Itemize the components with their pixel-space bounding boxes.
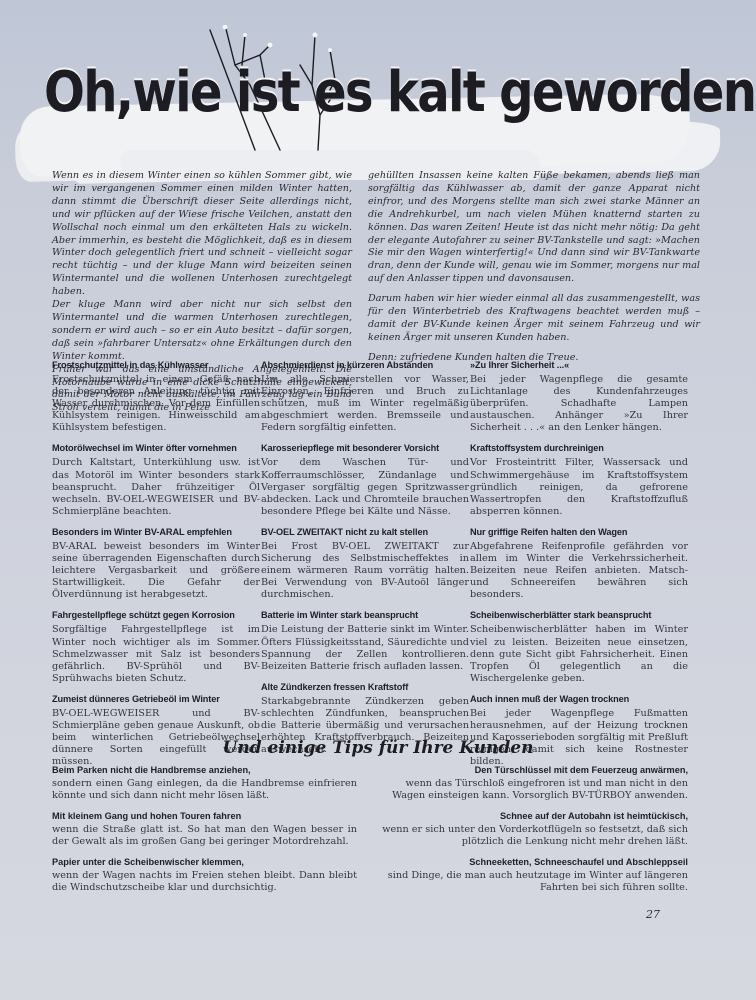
tip-heading: Mit kleinem Gang und hohen Touren fahren <box>52 811 357 821</box>
section-body: Frostschutzmittel in einem Gefäß nach de… <box>52 374 260 434</box>
article-section: BV-OEL ZWEITAKT nicht zu kalt stellenBei… <box>261 527 469 601</box>
tip-item: Schnee auf der Autobahn ist heimtückisch… <box>380 811 688 849</box>
intro-paragraph: Der kluge Mann wird aber nicht nur sich … <box>52 299 352 364</box>
tip-heading: Den Türschlüssel mit dem Feuerzeug anwär… <box>380 765 688 775</box>
section-body: Bei Frost BV-OEL ZWEITAKT zur Sicherung … <box>261 541 469 601</box>
tip-body: sind Dinge, die man auch heutzutage im W… <box>380 870 688 895</box>
section-heading: Motorölwechsel im Winter öfter vornehmen <box>52 443 260 453</box>
section-body: Um alle Schmierstellen vor Wasser, Einro… <box>261 374 469 434</box>
article-section: Batterie im Winter stark beanspruchtDie … <box>261 610 469 672</box>
tips-column-2: Abschmierdienst in kürzeren AbständenUm … <box>261 360 469 765</box>
section-heading: BV-OEL ZWEITAKT nicht zu kalt stellen <box>261 527 469 537</box>
tip-heading: Schneeketten, Schneeschaufel und Abschle… <box>380 857 688 867</box>
section-body: Bei jeder Wagenpflege die gesamte Lichta… <box>470 374 688 434</box>
article-section: Scheibenwischerblätter stark beansprucht… <box>470 610 688 684</box>
section-heading: Abschmierdienst in kürzeren Abständen <box>261 360 469 370</box>
tips-column-3: »Zu Ihrer Sicherheit ...«Bei jeder Wagen… <box>470 360 688 777</box>
tip-heading: Papier unter die Scheibenwischer klemmen… <box>52 857 357 867</box>
tip-body: wenn das Türschloß eingefroren ist und m… <box>380 778 688 803</box>
section-heading: Nur griffige Reifen halten den Wagen <box>470 527 688 537</box>
tip-heading: Schnee auf der Autobahn ist heimtückisch… <box>380 811 688 821</box>
tip-item: Schneeketten, Schneeschaufel und Abschle… <box>380 857 688 895</box>
section-heading: Auch innen muß der Wagen trocknen <box>470 694 688 704</box>
section-body: Scheibenwischerblätter haben im Winter v… <box>470 624 688 684</box>
intro-paragraph: Darum haben wir hier wieder einmal all d… <box>368 293 700 345</box>
section-heading: Besonders im Winter BV-ARAL empfehlen <box>52 527 260 537</box>
section-heading: Scheibenwischerblätter stark beansprucht <box>470 610 688 620</box>
customer-tips-left: Beim Parken nicht die Handbremse anziehe… <box>52 765 357 902</box>
article-section: Karosseriepflege mit besonderer Vorsicht… <box>261 443 469 517</box>
intro-paragraph: Wenn es in diesem Winter einen so kühlen… <box>52 170 352 299</box>
intro-right-column: gehüllten Insassen keine kalten Füße bek… <box>368 170 700 365</box>
section-heading: Batterie im Winter stark beansprucht <box>261 610 469 620</box>
tip-body: sondern einen Gang einlegen, da die Hand… <box>52 778 357 803</box>
section-body: Sorgfältige Fahrgestellpflege ist im Win… <box>52 624 260 684</box>
section-heading: Karosseriepflege mit besonderer Vorsicht <box>261 443 469 453</box>
article-section: Fahrgestellpflege schützt gegen Korrosio… <box>52 610 260 684</box>
tip-body: wenn der Wagen nachts im Freien stehen b… <box>52 870 357 895</box>
page-title: Oh,wie ist es kalt geworden <box>44 60 594 125</box>
section-body: Durch Kaltstart, Unterkühlung usw. ist d… <box>52 457 260 517</box>
tip-item: Beim Parken nicht die Handbremse anziehe… <box>52 765 357 803</box>
tip-item: Papier unter die Scheibenwischer klemmen… <box>52 857 357 895</box>
tips-column-1: Frostschutzmittel in das KühlwasserFrost… <box>52 360 260 777</box>
section-heading: Kraftstoffsystem durchreinigen <box>470 443 688 453</box>
customer-tips-right: Den Türschlüssel mit dem Feuerzeug anwär… <box>380 765 688 902</box>
tip-body: wenn die Straße glatt ist. So hat man de… <box>52 824 357 849</box>
tip-item: Den Türschlüssel mit dem Feuerzeug anwär… <box>380 765 688 803</box>
tips-subtitle: Und einige Tips für Ihre Kunden <box>0 738 756 758</box>
article-section: Nur griffige Reifen halten den WagenAbge… <box>470 527 688 601</box>
section-body: BV-ARAL beweist besonders im Winter sein… <box>52 541 260 601</box>
section-heading: Zumeist dünneres Getriebeöl im Winter <box>52 694 260 704</box>
section-body: Vor dem Waschen Tür- und Kofferraumschlö… <box>261 457 469 517</box>
tip-body: wenn er sich unter den Vorderkotflügeln … <box>380 824 688 849</box>
tip-item: Mit kleinem Gang und hohen Touren fahren… <box>52 811 357 849</box>
page-number: 27 <box>646 908 660 921</box>
section-body: Abgefahrene Reifenprofile gefährden vor … <box>470 541 688 601</box>
article-section: Kraftstoffsystem durchreinigenVor Froste… <box>470 443 688 517</box>
section-body: Die Leistung der Batterie sinkt im Winte… <box>261 624 469 672</box>
section-body: Vor Frosteintritt Filter, Wassersack und… <box>470 457 688 517</box>
section-heading: Frostschutzmittel in das Kühlwasser <box>52 360 260 370</box>
article-section: »Zu Ihrer Sicherheit ...«Bei jeder Wagen… <box>470 360 688 434</box>
section-heading: Alte Zündkerzen fressen Kraftstoff <box>261 682 469 692</box>
tip-heading: Beim Parken nicht die Handbremse anziehe… <box>52 765 357 775</box>
article-section: Besonders im Winter BV-ARAL empfehlenBV-… <box>52 527 260 601</box>
article-section: Motorölwechsel im Winter öfter vornehmen… <box>52 443 260 517</box>
article-section: Abschmierdienst in kürzeren AbständenUm … <box>261 360 469 434</box>
article-section: Frostschutzmittel in das KühlwasserFrost… <box>52 360 260 434</box>
section-heading: »Zu Ihrer Sicherheit ...« <box>470 360 688 370</box>
section-heading: Fahrgestellpflege schützt gegen Korrosio… <box>52 610 260 620</box>
intro-paragraph: gehüllten Insassen keine kalten Füße bek… <box>368 170 700 286</box>
